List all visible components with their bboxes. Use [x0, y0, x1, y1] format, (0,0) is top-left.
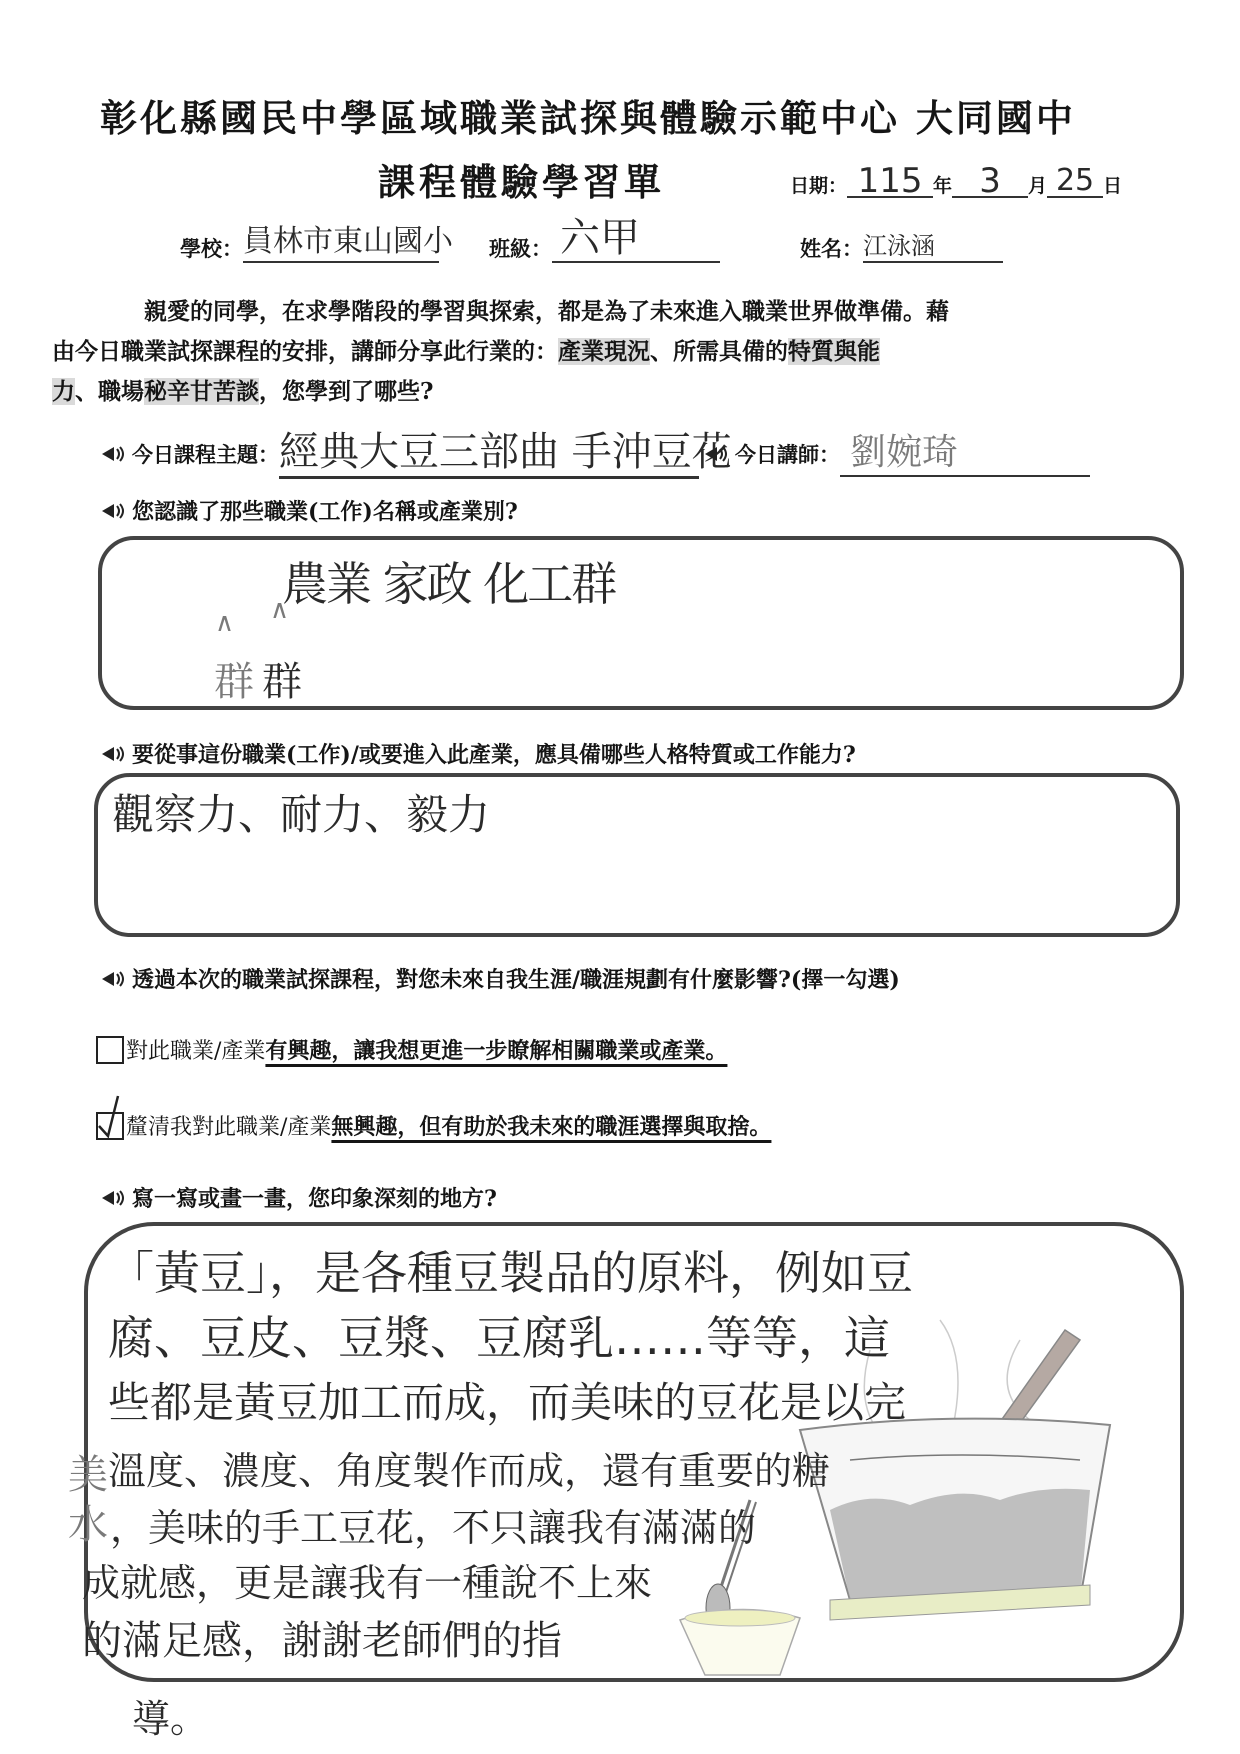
question-3: 透過本次的職業試探課程，對您未來自我生涯/職涯規劃有什麼影響?(擇一勾選)	[100, 963, 900, 994]
question-3-text: 透過本次的職業試探課程，對您未來自我生涯/職涯規劃有什麼影響?(擇一勾選)	[132, 963, 900, 994]
lecturer-field[interactable]: 劉婉琦	[840, 431, 1090, 477]
option-interested-prefix: 對此職業/產業	[126, 1034, 265, 1065]
question-1: 您認識了那些職業(工作)名稱或產業別?	[100, 495, 518, 526]
year-unit: 年	[933, 171, 952, 198]
class-field[interactable]: 六甲	[552, 215, 720, 263]
megaphone-icon	[100, 501, 130, 521]
checkbox-interested[interactable]	[96, 1036, 124, 1064]
megaphone-icon	[100, 969, 130, 989]
month-unit: 月	[1028, 171, 1047, 198]
answer-1-annotation-1: ∧	[215, 608, 234, 638]
document-subtitle: 課程體驗學習單	[378, 152, 665, 206]
lecturer-label: 今日講師：	[735, 439, 840, 469]
document-title: 彰化縣國民中學區域職業試探與體驗示範中心 大同國中	[100, 88, 1200, 142]
date-row: 日期： 115 年 3 月 25 日	[790, 166, 1122, 198]
option-interested[interactable]: 對此職業/產業 有興趣，讓我想更進一步瞭解相關職業或產業。	[96, 1034, 727, 1065]
name-label: 姓名：	[800, 233, 863, 263]
megaphone-icon	[100, 1188, 130, 1208]
question-4: 寫一寫或畫一畫，您印象深刻的地方?	[100, 1182, 497, 1213]
intro-line-3a: 、職場	[75, 378, 144, 405]
topic-label: 今日課程主題：	[132, 439, 279, 469]
name-field[interactable]: 江泳涵	[863, 231, 1003, 263]
answer-4-line-7: 的滿足感，謝謝老師們的指	[82, 1608, 562, 1674]
answer-2-text: 觀察力、耐力、毅力	[112, 782, 490, 842]
intro-paragraph: 親愛的同學，在求學階段的學習與探索，都是為了未來進入職業世界做準備。藉 由今日職…	[98, 292, 1178, 412]
answer-4-line-8: 導。	[132, 1686, 208, 1752]
intro-line-3b: ，您學到了哪些?	[259, 378, 433, 405]
megaphone-icon	[703, 444, 733, 464]
answer-1-box[interactable]	[98, 536, 1184, 710]
answer-4-line-6: 成就感，更是讓我有一種說不上來	[82, 1550, 652, 1616]
bowl-drawing	[670, 1600, 810, 1680]
answer-1-annot-group-1: 群	[214, 650, 254, 707]
class-label: 班級：	[489, 233, 552, 263]
highlight-workplace-secrets: 秘辛甘苦談	[144, 378, 259, 405]
answer-1-annotation-2: ∧	[270, 595, 289, 625]
highlight-industry-status: 產業現況	[558, 338, 650, 365]
margin-note: 美水	[68, 1450, 112, 1550]
checkbox-not-interested[interactable]	[96, 1112, 124, 1140]
option-interested-emphasis: 有興趣，讓我想更進一步瞭解相關職業或產業。	[265, 1034, 727, 1065]
question-2-text: 要從事這份職業(工作)/或要進入此產業，應具備哪些人格特質或工作能力?	[132, 738, 856, 769]
answer-4-line-2: 腐、豆皮、豆漿、豆腐乳……等等，這	[108, 1305, 890, 1371]
topic-field[interactable]: 經典大豆三部曲 手沖豆花	[279, 428, 699, 479]
highlight-traits: 特質與能	[788, 338, 880, 365]
question-4-text: 寫一寫或畫一畫，您印象深刻的地方?	[132, 1182, 497, 1213]
answer-1-text: 農業 家政 化工群	[282, 548, 615, 614]
intro-line-1: 親愛的同學，在求學階段的學習與探索，都是為了未來進入職業世界做準備。藉	[144, 298, 949, 325]
check-mark-icon	[96, 1094, 126, 1138]
date-label: 日期：	[790, 171, 847, 198]
question-1-text: 您認識了那些職業(工作)名稱或產業別?	[132, 495, 518, 526]
answer-4-line-1: 「黃豆」，是各種豆製品的原料，例如豆	[108, 1240, 913, 1306]
megaphone-icon	[100, 444, 130, 464]
answer-4-line-3: 些都是黃豆加工而成，而美味的豆花是以完	[108, 1370, 906, 1436]
day-unit: 日	[1103, 171, 1122, 198]
option-not-interested-prefix: 釐清我對此職業/產業	[126, 1110, 331, 1141]
date-month[interactable]: 3	[952, 166, 1028, 198]
date-day[interactable]: 25	[1047, 166, 1103, 198]
school-label: 學校：	[180, 233, 243, 263]
answer-1-annot-group-2: 群	[262, 650, 302, 707]
student-info-row: 學校： 員林市東山國小 班級： 六甲 姓名： 江泳涵	[180, 215, 1003, 263]
option-not-interested[interactable]: 釐清我對此職業/產業 無興趣，但有助於我未來的職涯選擇與取捨。	[96, 1110, 771, 1141]
question-2: 要從事這份職業(工作)/或要進入此產業，應具備哪些人格特質或工作能力?	[100, 738, 856, 769]
highlight-ability: 力	[52, 378, 75, 405]
date-year[interactable]: 115	[847, 166, 933, 198]
intro-line-2a: 由今日職業試探課程的安排，講師分享此行業的：	[52, 338, 558, 365]
intro-line-2b: 、所需具備的	[650, 338, 788, 365]
school-field[interactable]: 員林市東山國小	[243, 223, 439, 263]
course-row: 今日課程主題： 經典大豆三部曲 手沖豆花 今日講師： 劉婉琦	[100, 428, 1090, 479]
option-not-interested-emphasis: 無興趣，但有助於我未來的職涯選擇與取捨。	[331, 1110, 771, 1141]
megaphone-icon	[100, 744, 130, 764]
